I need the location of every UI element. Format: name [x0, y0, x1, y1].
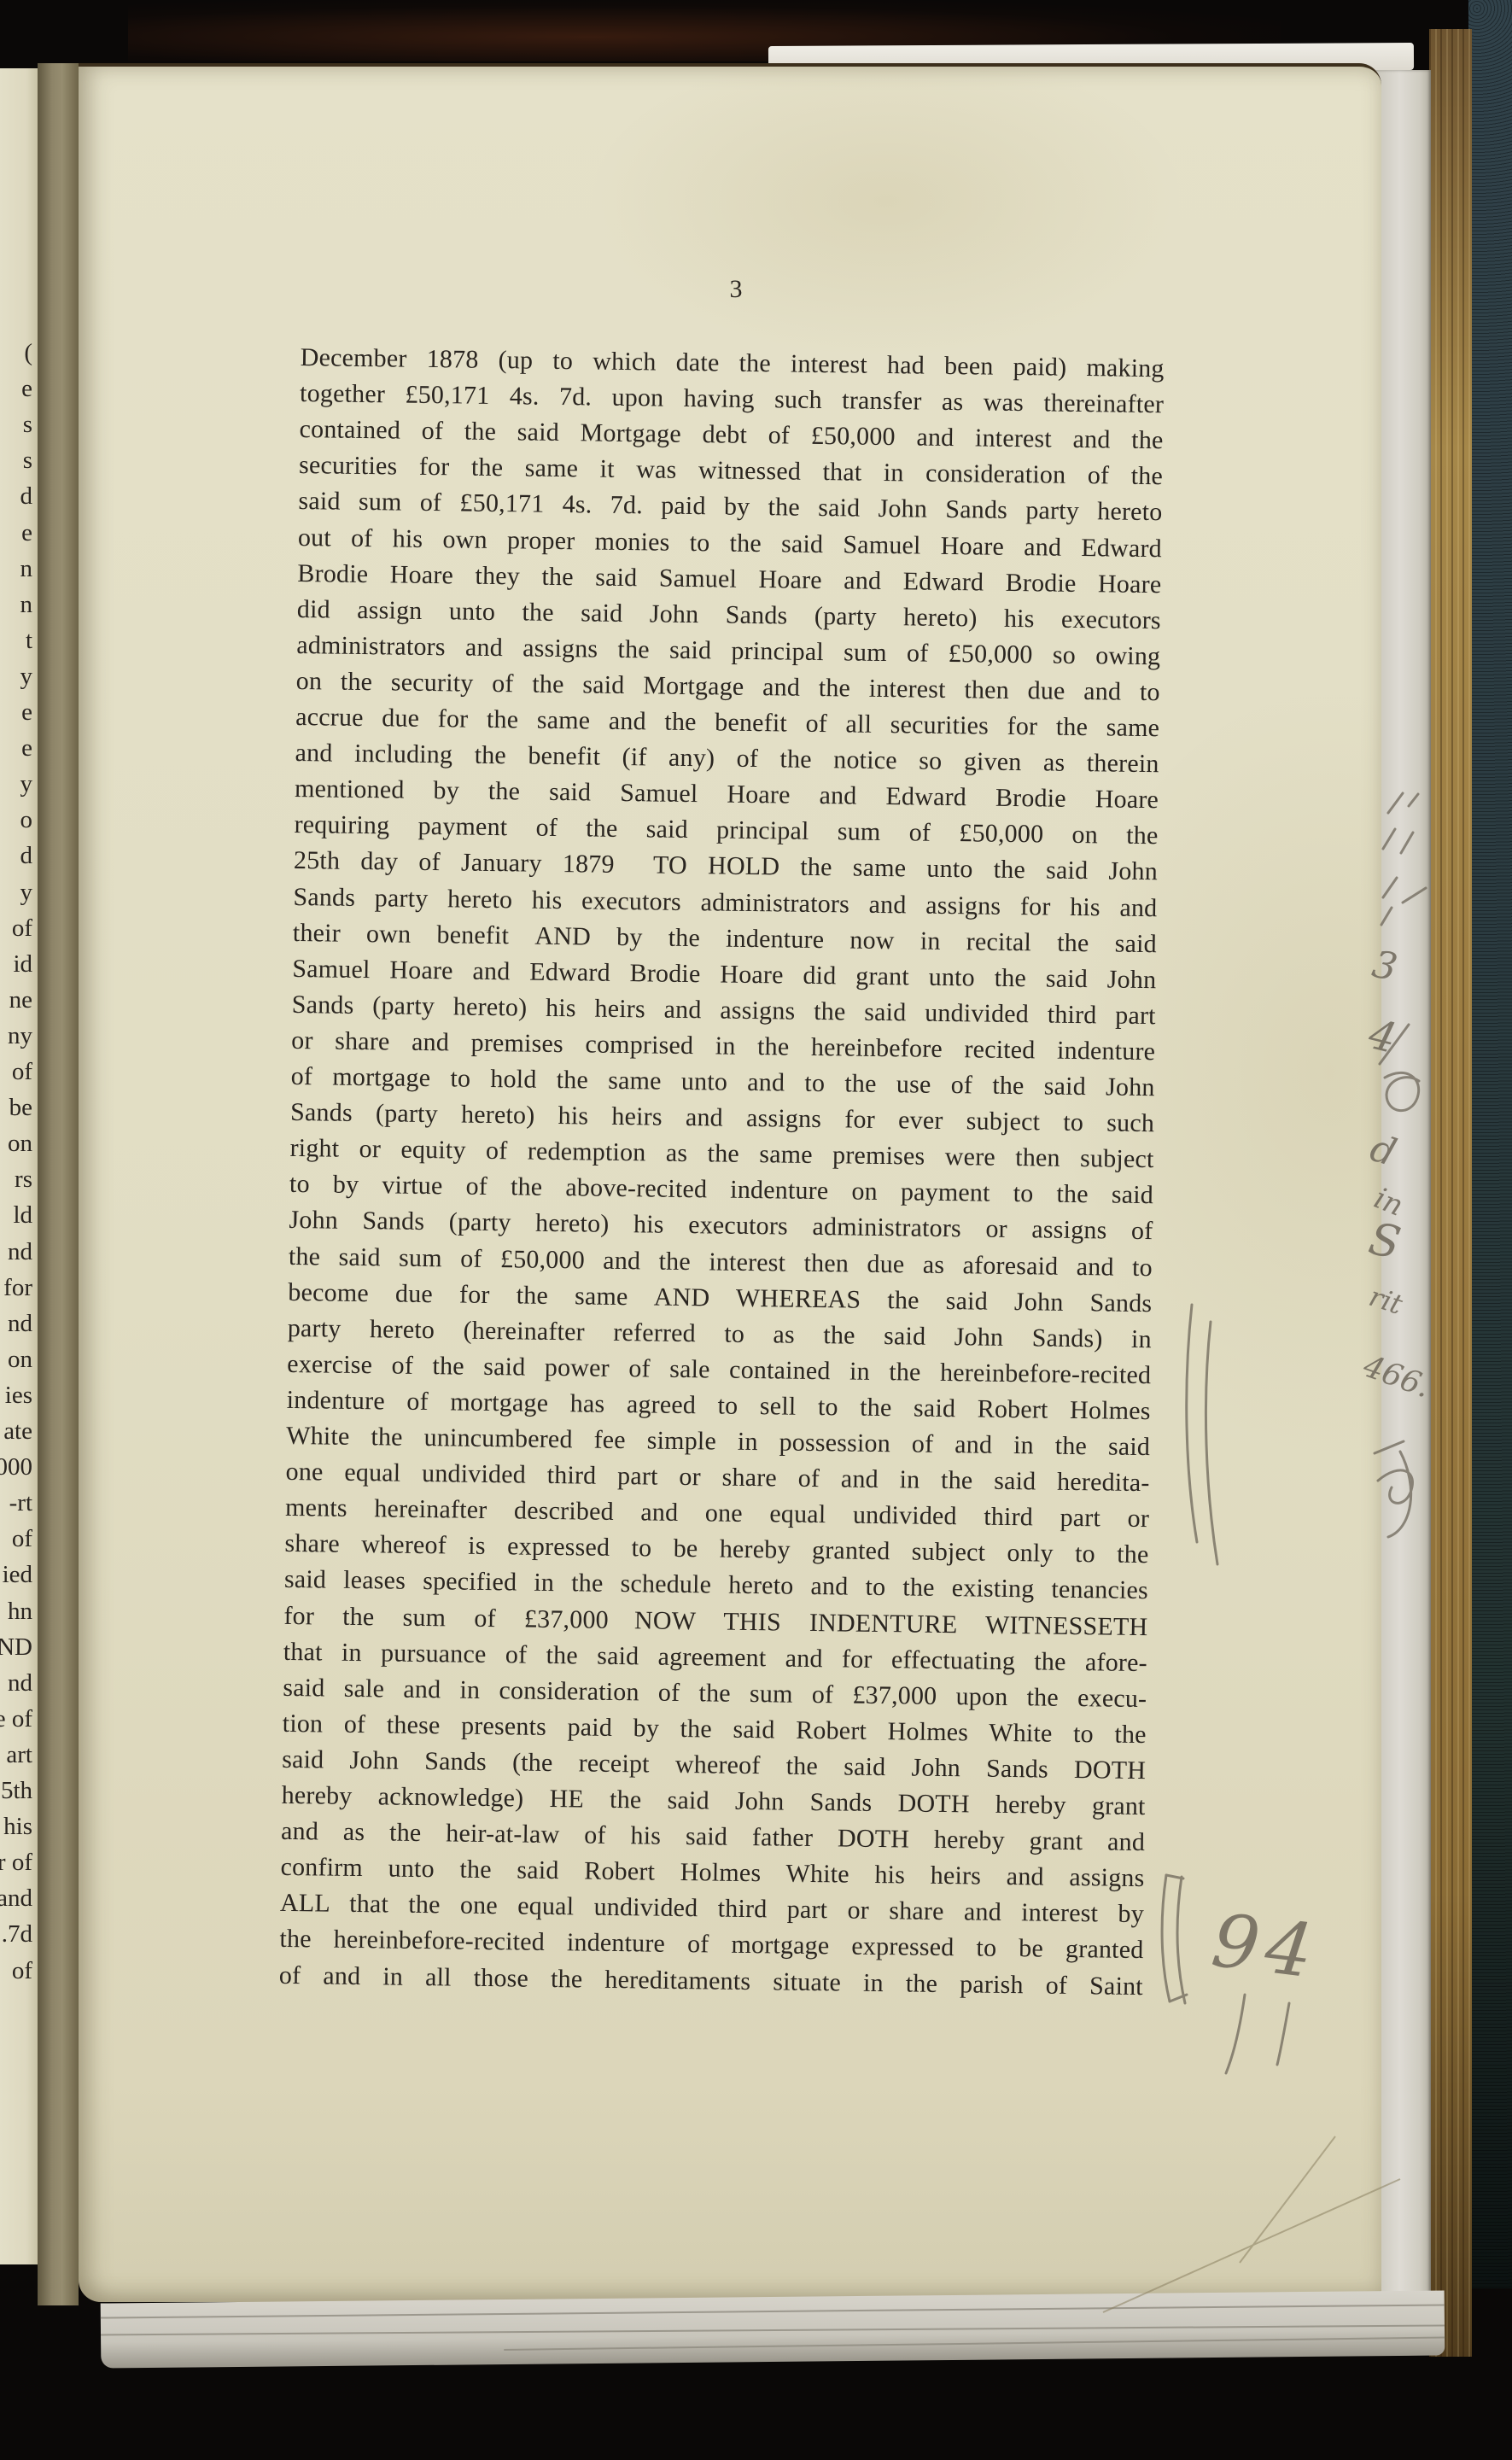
margin-fragment: s	[0, 442, 32, 478]
margin-fragment: on	[0, 1341, 32, 1377]
page-edge-line	[101, 2304, 1445, 2318]
margin-fragment: n	[0, 551, 32, 587]
margin-fragment: and	[0, 1880, 32, 1916]
margin-fragment: d	[0, 478, 32, 514]
margin-fragment: of	[0, 910, 32, 946]
margin-fragment: y	[0, 766, 32, 802]
margin-fragment: s	[0, 406, 32, 442]
margin-fragment: id	[0, 946, 32, 982]
margin-fragment: ny	[0, 1018, 32, 1054]
margin-fragment: ate	[0, 1413, 32, 1449]
margin-fragment: for	[0, 1270, 32, 1306]
margin-fragment: of	[0, 1521, 32, 1557]
margin-fragment: nd	[0, 1306, 32, 1341]
page-edge-line	[101, 2325, 1445, 2336]
binding-gutter	[38, 63, 79, 2305]
margin-fragment: ld	[0, 1197, 32, 1233]
margin-fragment: nd	[0, 1665, 32, 1701]
margin-fragment: be	[0, 1090, 32, 1125]
margin-fragment: d	[0, 838, 32, 874]
margin-fragment: e	[0, 371, 32, 406]
bottom-page-stack	[101, 2290, 1445, 2368]
margin-fragment: o	[0, 802, 32, 838]
margin-fragment: )	[0, 335, 32, 371]
margin-fragment: e	[0, 694, 32, 730]
margin-fragment: on	[0, 1125, 32, 1161]
book-cover-edge	[1468, 0, 1512, 2288]
margin-fragment: 7d.	[0, 1916, 32, 1952]
margin-fragment: rs	[0, 1161, 32, 1197]
page-block-fore-edge	[1429, 29, 1472, 2357]
page-number: 3	[717, 275, 755, 304]
margin-fragment: his	[0, 1808, 32, 1844]
margin-fragment: ied	[0, 1557, 32, 1592]
page-edge-line	[504, 2337, 1445, 2351]
margin-fragment: e	[0, 515, 32, 551]
margin-fragment: e of	[0, 1701, 32, 1737]
margin-fragment: of	[0, 1953, 32, 1989]
margin-fragment: ND	[0, 1629, 32, 1665]
text-block: December 1878 (up to which date the inte…	[278, 340, 1165, 2025]
margin-fragment: t	[0, 622, 32, 658]
scanned-book-page: 3 December 1878 (up to which date the in…	[0, 0, 1512, 2460]
margin-fragment: 000	[0, 1449, 32, 1485]
margin-fragment: rt-	[0, 1485, 32, 1521]
margin-fragment: y	[0, 658, 32, 694]
margin-fragment: 5th	[0, 1773, 32, 1808]
margin-fragment: ne	[0, 982, 32, 1018]
margin-fragment: r of	[0, 1844, 32, 1880]
left-margin-fragments: )essdenntyeeyodyofidnenyofbeonrsldndforn…	[0, 335, 34, 2025]
margin-fragment: art	[0, 1737, 32, 1773]
margin-fragment: of	[0, 1054, 32, 1090]
margin-fragment: nd	[0, 1234, 32, 1270]
margin-fragment: e	[0, 730, 32, 766]
margin-fragment: y	[0, 874, 32, 910]
pencil-page-ref-94: 94	[1207, 1898, 1324, 1996]
margin-fragment: hn	[0, 1593, 32, 1629]
margin-fragment: ies	[0, 1377, 32, 1413]
margin-fragment: n	[0, 587, 32, 622]
